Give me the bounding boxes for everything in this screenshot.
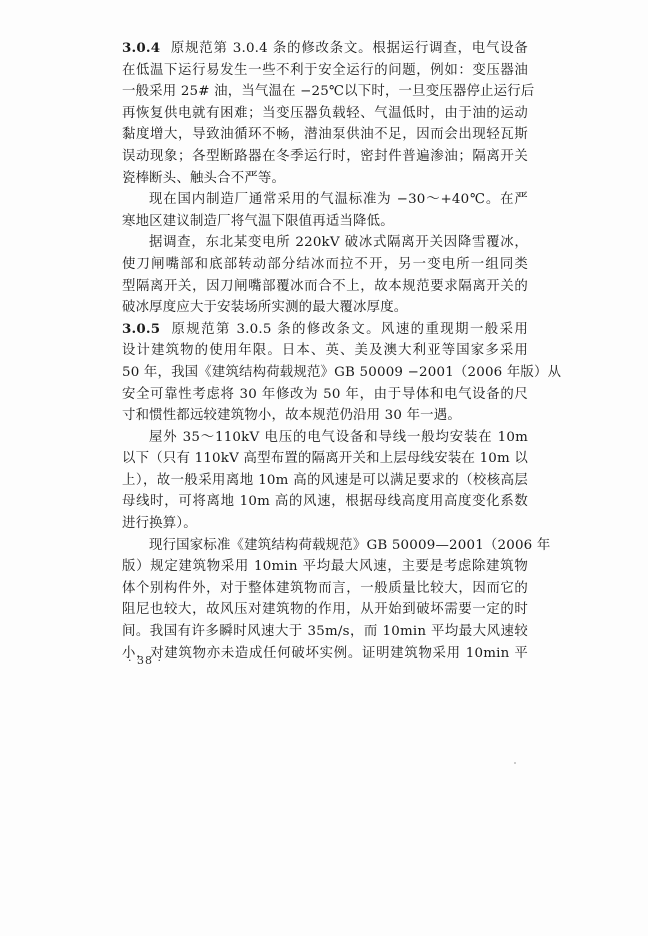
paragraph-wind-load-line-2: 版）规定建筑物采用 10min 平均最大风速，主要是考虑除建筑物 <box>122 556 528 578</box>
section-3-0-4-line-5: 黏度增大，导致油循环不畅，潜油泵供油不足，因而会出现轻瓦斯 <box>122 124 528 146</box>
paragraph-temperature-line-2: 寒地区建议制造厂将气温下限值再适当降低。 <box>122 211 528 233</box>
paragraph-icing-line-3: 型隔离开关，因刀闸嘴部覆冰而合不上，故本规范要求隔离开关的 <box>122 276 528 298</box>
paragraph-outdoor-line-4: 母线时，可将离地 10m 高的风速，根据母线高度用高度变化系数 <box>122 491 528 513</box>
section-3-0-4-line-2: 在低温下运行易发生一些不利于安全运行的问题，例如：变压器油 <box>122 60 528 82</box>
paragraph-wind-load-line-4: 阻尼也较大，故风压对建筑物的作用，从开始到破坏需要一定的时 <box>122 599 528 621</box>
paragraph-outdoor-line-5: 进行换算）。 <box>122 513 528 535</box>
paragraph-icing-line-2: 使刀闸嘴部和底部转动部分结冰而拉不开，另一变电所一组同类 <box>122 254 528 276</box>
paragraph-outdoor-line-3: 上），故一般采用离地 10m 高的风速是可以满足要求的（校核高层 <box>122 470 528 492</box>
paragraph-wind-load-line-6: 小，对建筑物亦未造成任何破坏实例。证明建筑物采用 10min 平 <box>122 643 528 665</box>
page-number: · 38 · <box>128 654 162 667</box>
paragraph-outdoor-line-1: 屋外 35～110kV 电压的电气设备和导线一般均安装在 10m <box>122 427 528 449</box>
section-number: 3.0.4 <box>122 40 160 56</box>
section-3-0-4-line-7: 瓷棒断头、触头合不严等。 <box>122 168 528 190</box>
document-page: 3.0.4原规范第 3.0.4 条的修改条文。根据运行调查，电气设备 在低温下运… <box>0 0 648 936</box>
section-3-0-4-line-1: 3.0.4原规范第 3.0.4 条的修改条文。根据运行调查，电气设备 <box>122 38 528 60</box>
section-3-0-4-line-6: 误动现象；各型断路器在冬季运行时，密封件普遍渗油；隔离开关 <box>122 146 528 168</box>
paragraph-wind-load-line-3: 体个别构件外，对于整体建筑物而言，一般质量比较大，因而它的 <box>122 578 528 600</box>
section-3-0-5-line-2: 设计建筑物的使用年限。日本、英、美及澳大利亚等国家多采用 <box>122 340 528 362</box>
paragraph-temperature-line-1: 现在国内制造厂通常采用的气温标准为 −30～+40℃。在严 <box>122 189 528 211</box>
section-3-0-5-line-3: 50 年，我国《建筑结构荷载规范》GB 50009 −2001（2006 年版）… <box>122 362 528 384</box>
section-3-0-4-line-4: 再恢复供电就有困难；当变压器负载轻、气温低时，由于油的运动 <box>122 103 528 125</box>
section-3-0-4-line-3: 一般采用 25# 油，当气温在 −25℃以下时，一旦变压器停止运行后 <box>122 81 528 103</box>
body-text: 3.0.4原规范第 3.0.4 条的修改条文。根据运行调查，电气设备 在低温下运… <box>122 38 528 664</box>
section-3-0-5-line-1: 3.0.5原规范第 3.0.5 条的修改条文。风速的重现期一般采用 <box>122 319 528 341</box>
section-3-0-5-line-4: 安全可靠性考虑将 30 年修改为 50 年，由于导体和电气设备的尺 <box>122 384 528 406</box>
paragraph-icing-line-1: 据调查，东北某变电所 220kV 破冰式隔离开关因降雪覆冰， <box>122 232 528 254</box>
paragraph-icing-line-4: 破冰厚度应大于安装场所实测的最大覆冰厚度。 <box>122 297 528 319</box>
paragraph-outdoor-line-2: 以下（只有 110kV 高型布置的隔离开关和上层母线安装在 10m 以 <box>122 448 528 470</box>
paragraph-wind-load-line-5: 间。我国有许多瞬时风速大于 35m/s，而 10min 平均最大风速较 <box>122 621 528 643</box>
section-number: 3.0.5 <box>122 321 160 337</box>
paragraph-wind-load-line-1: 现行国家标准《建筑结构荷载规范》GB 50009—2001（2006 年 <box>122 535 528 557</box>
section-3-0-5-line-5: 寸和惯性都远较建筑物小，故本规范仍沿用 30 年一遇。 <box>122 405 528 427</box>
scan-speck <box>514 762 516 764</box>
